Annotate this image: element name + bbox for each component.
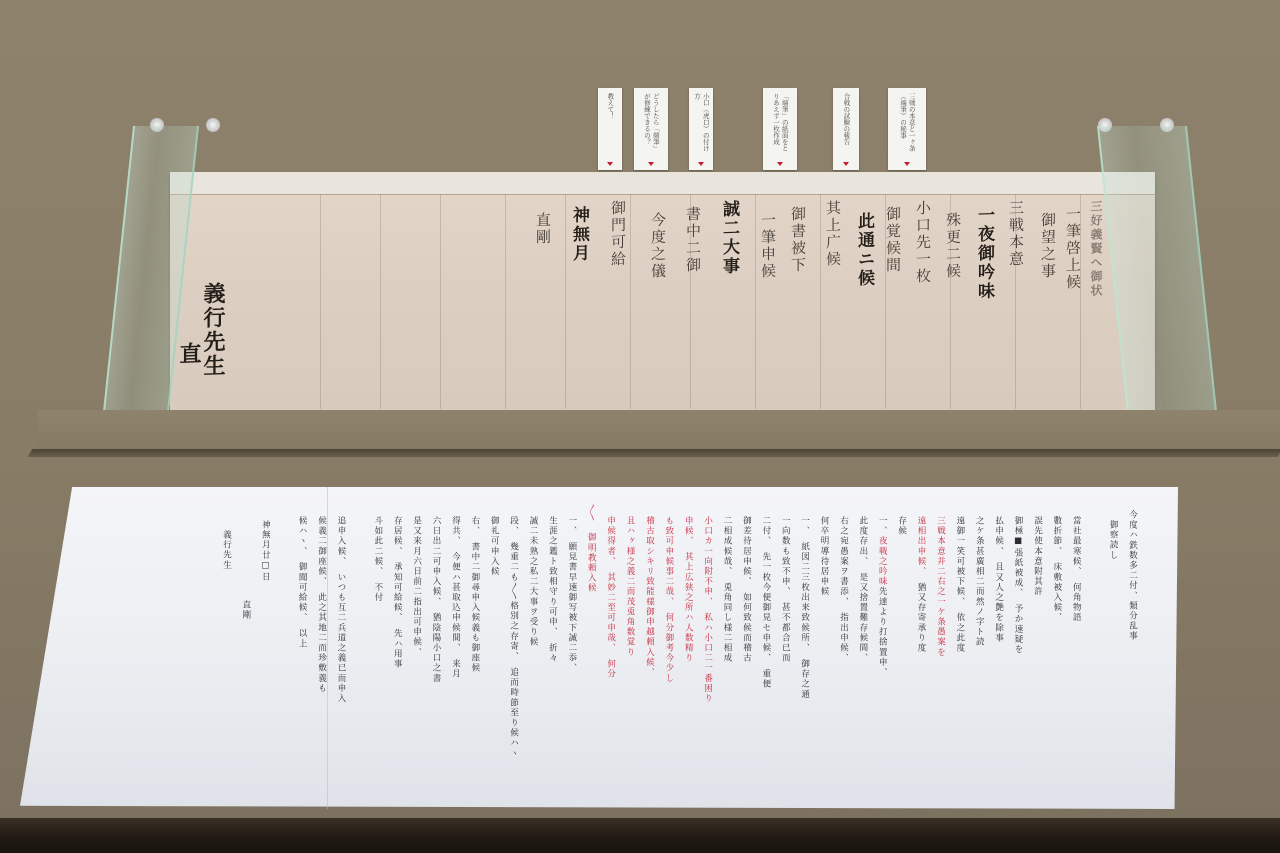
scroll-fold-line [440, 194, 441, 409]
label-text: 小口（虎口）の付け方 [692, 93, 710, 155]
calligraphy-column: 三戦本意 [1008, 200, 1023, 269]
transcription-column: 生涯之鑑ト致相守り可申、 折々 [548, 516, 557, 663]
transcription-text: 誤先使本意附其許 [1032, 516, 1042, 597]
transcription-column: 之ケ条甚廣相二而然ノ字ト読 [975, 516, 984, 647]
transcription-column: 誤先使本意附其許 [1033, 516, 1042, 597]
display-shelf [38, 410, 1280, 450]
transcription-text: 二付、 先一枚今便御見セ申候、 重便 [761, 516, 771, 689]
label-card: 教えて！ [598, 88, 622, 170]
highlighted-text: 且ハヶ様之義二而茂兎角数覚り [625, 516, 635, 657]
transcription-column: 稽古取シキリ致能様御申越頼入候、 [645, 516, 654, 678]
transcription-text: 御差待居申候、 如何致候而稽古 [741, 516, 751, 663]
calligraphy-column: 殊更二候 [945, 212, 960, 281]
scroll-fold-line [505, 194, 506, 409]
transcription-text: 生涯之鑑ト致相守り可申、 折々 [547, 516, 557, 663]
transcription-column: 二付、 先一枚今便御見セ申候、 重便 [761, 516, 770, 689]
transcription-column: 今度ハ鉄数多二付、類分乱事 [1128, 510, 1137, 641]
transcription-text: 之ケ条甚廣相二而然ノ字ト読 [974, 516, 984, 647]
label-card: 三戦の本意と一ヶ条（端筆）の秘事 [888, 88, 926, 170]
transcription-column: 一、 願見書早速御写被下誠二忝、 [567, 516, 576, 673]
calligraphy-column: 御覚候間 [885, 206, 900, 275]
highlighted-text: 小口カ一向附不申、 私ハ小口二一番困り [703, 516, 713, 704]
transcription-text: 候ハヽ、 御聞可給候、 以上 [297, 516, 307, 649]
transcription-column: 候ハヽ、 御聞可給候、 以上 [298, 516, 307, 649]
transcription-column: 申候得者、 其妙二至可申哉、 何分 [606, 516, 615, 679]
calligraphy-column: 一筆啓上候 [1065, 206, 1080, 292]
transcription-column: 払申候、 且又人之艶を除事 [994, 516, 1003, 643]
calligraphy-column: 一筆申候 [760, 212, 775, 281]
transcription-column: 遠相出申候、 猶又存寄承り度 [917, 516, 926, 653]
transcription-column: 義行先生 [222, 530, 231, 570]
glass-clip-icon [206, 118, 220, 132]
transcription-column: 〳〵 御明教頼入候 [587, 504, 596, 593]
transcription-text: 直剛 [241, 600, 251, 620]
transcription-column: 斗如此二候、 不付 [373, 516, 382, 603]
transcription-column: 候義二御座候、 此之其地二而珍敷義も [317, 516, 326, 694]
transcription-column: 右、 書中二御尋申入候義も御座候 [470, 516, 479, 673]
label-text: どうしたら「端筆」が修練できるの？ [642, 93, 660, 155]
calligraphy-column: 一夜御吟味 [975, 206, 992, 302]
transcription-column: 御礼可申入候 [490, 516, 499, 577]
highlighted-text: 〳〵 御明教頼入候 [586, 504, 596, 593]
transcription-column: 一、夜戦之吟味先達より打捨置申、 [878, 516, 887, 678]
transcription-column: 此度存出、 是又捨置難存候間、 [858, 516, 867, 663]
transcription-column: 一、 紙図二三枚出来致候所、 御存之通 [800, 516, 809, 699]
label-card: 合戦の試験の報告 [833, 88, 859, 170]
transcription-panel [20, 487, 1178, 809]
transcription-text: 右之宛愚案ヲ書添、 指出申候、 [838, 516, 848, 663]
calligraphy-column: 御門可給 [610, 200, 625, 269]
label-text: 教えて！ [606, 93, 615, 155]
transcription-column: 御察読し [1109, 520, 1118, 560]
transcription-text: 數折節、 床敷被入候、 [1052, 516, 1062, 623]
transcription-column: 得共、 今便ハ甚取込申候間、 来月 [451, 516, 460, 679]
transcription-column: 段、 幾重二も〳〵格別之存寄、 追而時節至り候ハヽ [509, 516, 518, 758]
highlighted-text: 申候得者、 其妙二至可申哉、 何分 [606, 516, 616, 679]
calligraphy-column: 今度之儀 [650, 212, 665, 281]
transcription-column: 二相成候哉、 兎角同し様二相成 [723, 516, 732, 663]
transcription-text: 右、 書中二御尋申入候義も御座候 [470, 516, 480, 673]
highlighted-text: も致可申候事二哉、 何分御考今少し [664, 516, 674, 683]
triangle-down-icon [607, 162, 613, 166]
historical-letter-scroll: 三好義賢へ御状一筆啓上候御望之事三戦本意一夜御吟味殊更二候小口先一枚御覚候間此通… [170, 172, 1155, 412]
transcription-text: 存居候、 承知可給候、 先ハ用事 [392, 516, 402, 669]
transcription-column: 御極■張紙被成、 予か速疑を [1014, 516, 1023, 655]
transcription-text: 払申候、 且又人之艶を除事 [994, 516, 1004, 643]
transcription-text: 一、 願見書早速御写被下誠二忝、 [567, 516, 577, 673]
transcription-text: 神無月廿□日 [260, 520, 270, 582]
transcription-text: 御礼可申入候 [489, 516, 499, 577]
transcription-text: 一、 [877, 516, 887, 536]
calligraphy-column: 直剛 [535, 212, 550, 247]
transcription-column: 六日出二可申入候、 猶陰陽小口之書 [432, 516, 441, 683]
transcription-column: 申候、 其上広狭之所ハ人数精り [684, 516, 693, 663]
transcription-text: 段、 幾重二も〳〵格別之存寄、 追而時節至り候ハヽ [509, 516, 519, 758]
display-shelf-edge [28, 449, 1280, 457]
label-text: 三戦の本意と一ヶ条（端筆）の秘事 [898, 93, 916, 155]
label-text: 合戦の試験の報告 [842, 93, 851, 155]
transcription-column: 存候 [897, 516, 906, 536]
scroll-fold-line [320, 194, 321, 409]
calligraphy-column: 書中二御 [685, 206, 700, 275]
calligraphy-column: 御書被下 [790, 206, 805, 275]
case-base-shadow [0, 818, 1280, 853]
transcription-text: 遠御一笑可被下候、 依之此度 [955, 516, 965, 653]
transcription-text: 此度存出、 是又捨置難存候間、 [858, 516, 868, 663]
highlighted-text: 遠相出申候、 [916, 516, 926, 572]
transcription-column: 是又来月六日前二指出可申候、 [412, 516, 421, 657]
transcription-text: 存候 [897, 516, 907, 536]
signature-recipient: 義行先生 [202, 282, 224, 379]
scroll-mount-band [170, 172, 1155, 195]
scroll-fold-line [565, 194, 566, 409]
signature-sender: 直 [178, 342, 200, 367]
scroll-fold-line [380, 194, 381, 409]
scroll-fold-line [755, 194, 756, 409]
transcription-text: 御極■張紙被成、 予か速疑を [1013, 516, 1023, 655]
label-card: 「端筆」の紙面をとりあえず一枚作成 [763, 88, 797, 170]
label-card: どうしたら「端筆」が修練できるの？ [634, 88, 668, 170]
transcription-column: 追申入候、 いつも互二兵道之義已而申入 [336, 516, 345, 704]
transcription-text: 誠二未熟之私二大事ヲ受り候 [528, 516, 538, 647]
transcription-column: 一向数も致不申、 甚不都合已而 [781, 516, 790, 663]
calligraphy-column: 此通ニ候 [855, 212, 872, 289]
transcription-text: 今度ハ鉄数多二付、類分乱事 [1128, 510, 1138, 641]
transcription-text: 何卒明導待居申候 [819, 516, 829, 597]
transcription-column: 存居候、 承知可給候、 先ハ用事 [393, 516, 402, 669]
transcription-column: 三戦本意并二右之一ケ条愚案を [936, 516, 945, 657]
label-text: 「端筆」の紙面をとりあえず一枚作成 [771, 93, 789, 155]
label-card: 小口（虎口）の付け方 [689, 88, 713, 170]
triangle-down-icon [648, 162, 654, 166]
transcription-column: 御差待居申候、 如何致候而稽古 [742, 516, 751, 663]
transcription-text: 先達より打捨置申、 [877, 587, 887, 678]
transcription-text: 二相成候哉、 兎角同し様二相成 [722, 516, 732, 663]
transcription-text: 斗如此二候、 不付 [373, 516, 383, 603]
triangle-down-icon [843, 162, 849, 166]
transcription-text: 得共、 今便ハ甚取込申候間、 来月 [450, 516, 460, 679]
highlighted-text: 稽古取シキリ致能様御申越頼入候、 [644, 516, 654, 678]
transcription-column: 右之宛愚案ヲ書添、 指出申候、 [839, 516, 848, 663]
transcription-column: 何卒明導待居申候 [820, 516, 829, 597]
highlighted-text: 夜戦之吟味 [877, 536, 887, 587]
scroll-fold-line [630, 194, 631, 409]
transcription-text: 一向数も致不申、 甚不都合已而 [780, 516, 790, 663]
triangle-down-icon [698, 162, 704, 166]
triangle-down-icon [777, 162, 783, 166]
transcription-column: も致可申候事二哉、 何分御考今少し [664, 516, 673, 683]
transcription-text: 猶又存寄承り度 [916, 572, 926, 653]
transcription-text: 是又来月六日前二指出可申候、 [412, 516, 422, 657]
transcription-text: 六日出二可申入候、 猶陰陽小口之書 [431, 516, 441, 683]
triangle-down-icon [904, 162, 910, 166]
calligraphy-column: 三好義賢へ御状 [1090, 200, 1102, 298]
calligraphy-column: 御望之事 [1040, 212, 1055, 281]
transcription-text: 追申入候、 いつも互二兵道之義已而申入 [336, 516, 346, 704]
transcription-column: 小口カ一向附不申、 私ハ小口二一番困り [703, 516, 712, 704]
transcription-column: 神無月廿□日 [261, 520, 270, 582]
transcription-text: 一、 紙図二三枚出来致候所、 御存之通 [800, 516, 810, 699]
calligraphy-column: 小口先一枚 [915, 200, 930, 286]
transcription-column: 且ハヶ様之義二而茂兎角数覚り [626, 516, 635, 657]
calligraphy-column: 其上广候 [825, 200, 840, 269]
calligraphy-column: 誠二大事 [720, 200, 737, 277]
transcription-column: 遠御一笑可被下候、 依之此度 [955, 516, 964, 653]
transcription-text: 御察読し [1108, 520, 1118, 560]
transcription-column: 誠二未熟之私二大事ヲ受り候 [529, 516, 538, 647]
transcription-text: 義行先生 [222, 530, 232, 570]
panel-seam [327, 487, 328, 809]
calligraphy-column: 神無月 [570, 206, 587, 264]
transcription-column: 數折節、 床敷被入候、 [1052, 516, 1061, 623]
transcription-column: 當社最寒候、 何角物語 [1072, 516, 1081, 623]
transcription-text: 當社最寒候、 何角物語 [1071, 516, 1081, 623]
highlighted-text: 申候、 其上広狭之所ハ人数精り [683, 516, 693, 663]
transcription-text: 候義二御座候、 此之其地二而珍敷義も [317, 516, 327, 694]
scroll-fold-line [820, 194, 821, 409]
highlighted-text: 三戦本意并二右之一ケ条愚案を [935, 516, 945, 657]
transcription-column: 直剛 [241, 600, 250, 620]
